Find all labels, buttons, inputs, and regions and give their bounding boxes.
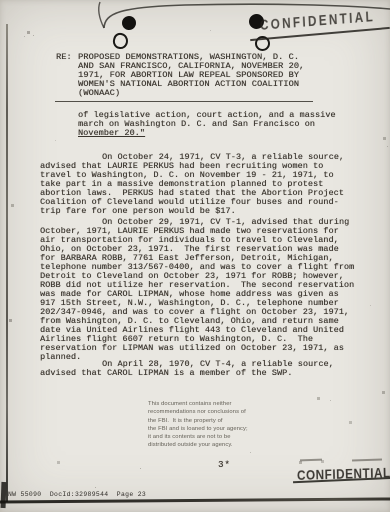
scanned-document-page: CONFIDENTIAL RE: PROPOSED DEMONSTRATIONS… [0,0,390,512]
text-line: (WONAAC) [78,89,304,98]
fbi-disclaimer-stamp: This document contains neitherrecommenda… [148,400,288,450]
hole-punch-mark [122,16,136,30]
page-number: 3* [218,460,231,470]
binding-edge-artifact [6,24,8,502]
document-body: of legislative action, court action, and… [40,111,366,378]
text-line: advised that CAROL LIPMAN is a member of… [40,369,366,378]
archive-footer-reference: NW 55090 DocId:32989544 Page 23 [8,491,146,498]
corner-smudge-artifact [1,482,7,508]
text-line: recommendations nor conclusions of [148,408,288,416]
page-bottom-edge-artifact [0,497,390,503]
text-line: the FBI. It is the property of [148,417,288,425]
text-line: This document contains neither [148,400,288,408]
text-line: the FBI and is loaned to your agency; [148,425,288,433]
paragraph-april-28: On April 28, 1970, CV T-4, a reliable so… [40,360,366,378]
text-line: November 20." [78,129,366,138]
subject-label: RE: [56,53,72,62]
text-line: reservation for LIPMAN was utilized on O… [40,344,366,353]
text-line: trip fare for one person would be $17. [40,207,366,216]
paragraph-october-29: On October 29, 1971, CV T-1, advised tha… [40,218,366,362]
text-line: it and its contents are not to be [148,433,288,441]
paragraph-october-24: On October 24, 1971, CV T-3, a reliable … [40,153,366,216]
subject-underline [55,101,313,102]
paragraph-quote-continuation: of legislative action, court action, and… [78,111,366,138]
text-line: distributed outside your agency. [148,441,288,449]
pencil-dash-marks [300,459,390,462]
scan-noise-speckles [0,0,1,1]
hole-punch-ring [112,32,130,51]
subject-lines: PROPOSED DEMONSTRATIONS, WASHINGTON, D. … [78,53,304,98]
